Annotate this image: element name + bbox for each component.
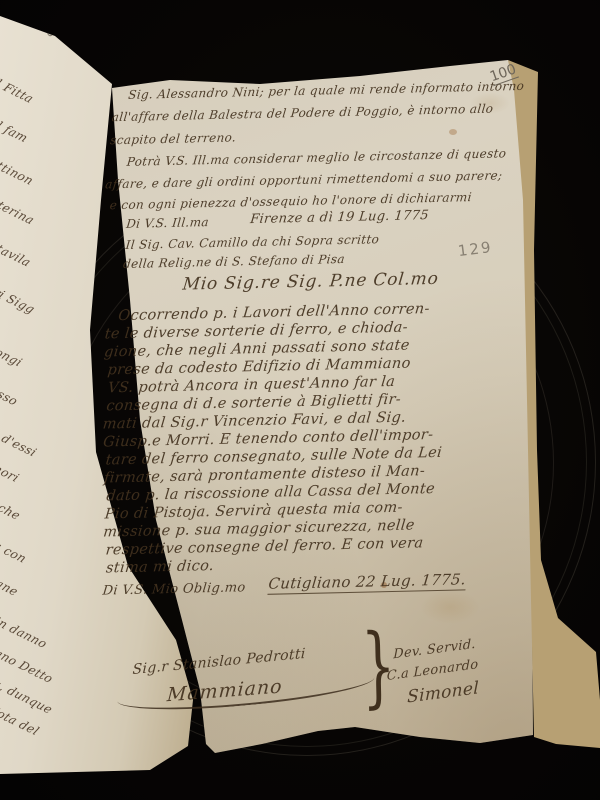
manuscript-line: Potrà V.S. Ill.ma considerar meglio le c… [126, 146, 507, 169]
letter-salutation: Mio Sig.re Sig. P.ne Col.mo [182, 269, 440, 295]
letter-closing: Di V.S. Mio Oblig.mo [102, 580, 246, 598]
signature-name: Simonel [407, 678, 479, 707]
pencil-folio-number-mid: 129 [457, 238, 494, 260]
manuscript-line: della Relig.ne di S. Stefano di Pisa [122, 252, 345, 271]
letter-dateline: Firenze a dì 19 Lug. 1775 [249, 208, 429, 227]
manuscript-line: Il Sig. Cav. Camillo da chi Sopra scritt… [125, 232, 380, 252]
letter-closing: Di V.S. Ill.ma [126, 215, 210, 231]
manuscript-line: affare, e dare gli ordini opportuni rime… [105, 168, 504, 191]
manuscript-line: scapito del terreno. [110, 130, 237, 147]
letter-text: 100 129 Sig. Alessandro Nini; per la qua… [0, 0, 600, 800]
manuscript-line: all'affare della Balestra del Podere di … [111, 102, 494, 125]
manuscript-line: Sig. Alessandro Nini; per la quale mi re… [128, 79, 525, 102]
letter-dateline: Cutigliano 22 Lug. 1775. [267, 570, 466, 595]
manuscript-photo: 128 randa Gral Fitta rimento del fam int… [0, 0, 600, 800]
signature-brace: } [361, 622, 397, 711]
manuscript-line: stima mi dico. [105, 558, 215, 576]
